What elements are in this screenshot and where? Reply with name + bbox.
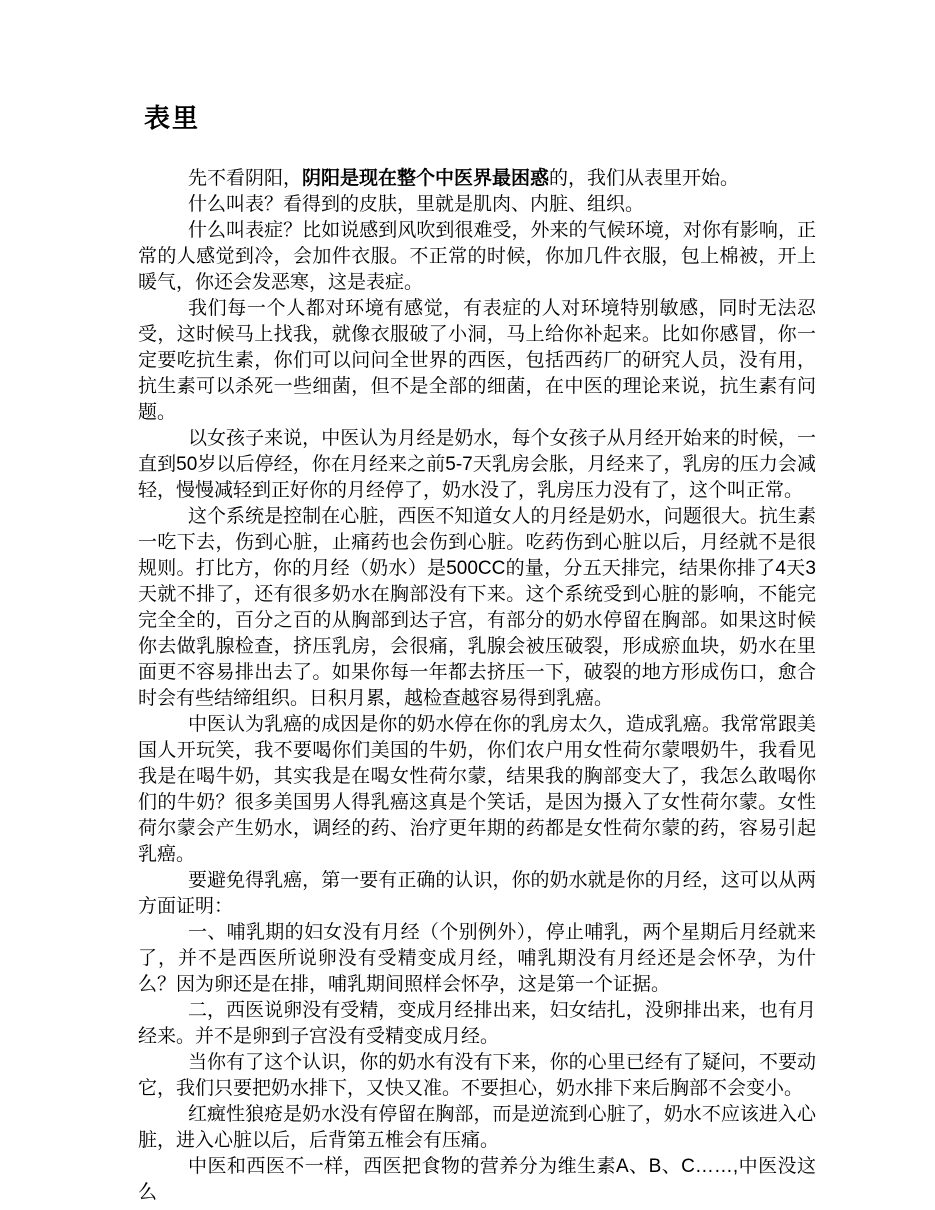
document-body: 先不看阴阳，阴阳是现在整个中医界最困惑的，我们从表里开始。什么叫表？看得到的皮肤…: [138, 166, 816, 1206]
paragraph-text: 当你有了这个认识，你的奶水有没有下来，你的心里已经有了疑问，不要动它，我们只要把…: [138, 1052, 816, 1099]
document-page: 表里 先不看阴阳，阴阳是现在整个中医界最困惑的，我们从表里开始。什么叫表？看得到…: [0, 0, 935, 1210]
paragraph-text: 一、哺乳期的妇女没有月经（个别例外），停止哺乳，两个星期后月经就来了，并不是西医…: [138, 922, 816, 995]
paragraph-text: 我们每一个人都对环境有感觉，有表症的人对环境特别敏感，同时无法忍受，这时候马上找…: [138, 298, 816, 423]
paragraph-bold-text: 阴阳是现在整个中医界最困惑: [302, 168, 549, 189]
paragraph-text: 的，我们从表里开始。: [549, 168, 739, 189]
paragraph: 二，西医说卵没有受精，变成月经排出来，妇女结扎，没卵排出来，也有月经来。并不是卵…: [138, 998, 816, 1050]
paragraph: 一、哺乳期的妇女没有月经（个别例外），停止哺乳，两个星期后月经就来了，并不是西医…: [138, 920, 816, 998]
paragraph-text: 中医和西医不一样，西医把食物的营养分为维生素A、B、C……,中医没这么: [138, 1156, 816, 1203]
paragraph: 我们每一个人都对环境有感觉，有表症的人对环境特别敏感，同时无法忍受，这时候马上找…: [138, 296, 816, 426]
paragraph: 这个系统是控制在心脏，西医不知道女人的月经是奶水，问题很大。抗生素一吃下去，伤到…: [138, 504, 816, 712]
paragraph-text: 什么叫表症？比如说感到风吹到很难受，外来的气候环境，对你有影响，正常的人感觉到冷…: [138, 220, 816, 293]
paragraph-text: 要避免得乳癌，第一要有正确的认识，你的奶水就是你的月经，这可以从两方面证明：: [138, 870, 816, 917]
paragraph: 红癍性狼疮是奶水没有停留在胸部，而是逆流到心脏了，奶水不应该进入心脏，进入心脏以…: [138, 1102, 816, 1154]
paragraph: 什么叫表症？比如说感到风吹到很难受，外来的气候环境，对你有影响，正常的人感觉到冷…: [138, 218, 816, 296]
paragraph: 什么叫表？看得到的皮肤，里就是肌肉、内脏、组织。: [138, 192, 816, 218]
paragraph-text: 什么叫表？看得到的皮肤，里就是肌肉、内脏、组织。: [188, 194, 644, 215]
paragraph-text: 二，西医说卵没有受精，变成月经排出来，妇女结扎，没卵排出来，也有月经来。并不是卵…: [138, 1000, 816, 1047]
paragraph-text: 中医认为乳癌的成因是你的奶水停在你的乳房太久，造成乳癌。我常常跟美国人开玩笑，我…: [138, 714, 816, 865]
paragraph: 先不看阴阳，阴阳是现在整个中医界最困惑的，我们从表里开始。: [138, 166, 816, 192]
paragraph: 当你有了这个认识，你的奶水有没有下来，你的心里已经有了疑问，不要动它，我们只要把…: [138, 1050, 816, 1102]
paragraph: 中医认为乳癌的成因是你的奶水停在你的乳房太久，造成乳癌。我常常跟美国人开玩笑，我…: [138, 712, 816, 868]
paragraph-text: 先不看阴阳，: [188, 168, 302, 189]
paragraph-text: 以女孩子来说，中医认为月经是奶水，每个女孩子从月经开始来的时候，一直到50岁以后…: [138, 428, 816, 501]
paragraph: 中医和西医不一样，西医把食物的营养分为维生素A、B、C……,中医没这么: [138, 1154, 816, 1206]
document-title: 表里: [144, 101, 200, 135]
paragraph: 以女孩子来说，中医认为月经是奶水，每个女孩子从月经开始来的时候，一直到50岁以后…: [138, 426, 816, 504]
paragraph-text: 红癍性狼疮是奶水没有停留在胸部，而是逆流到心脏了，奶水不应该进入心脏，进入心脏以…: [138, 1104, 816, 1151]
paragraph: 要避免得乳癌，第一要有正确的认识，你的奶水就是你的月经，这可以从两方面证明：: [138, 868, 816, 920]
paragraph-text: 这个系统是控制在心脏，西医不知道女人的月经是奶水，问题很大。抗生素一吃下去，伤到…: [138, 506, 816, 709]
